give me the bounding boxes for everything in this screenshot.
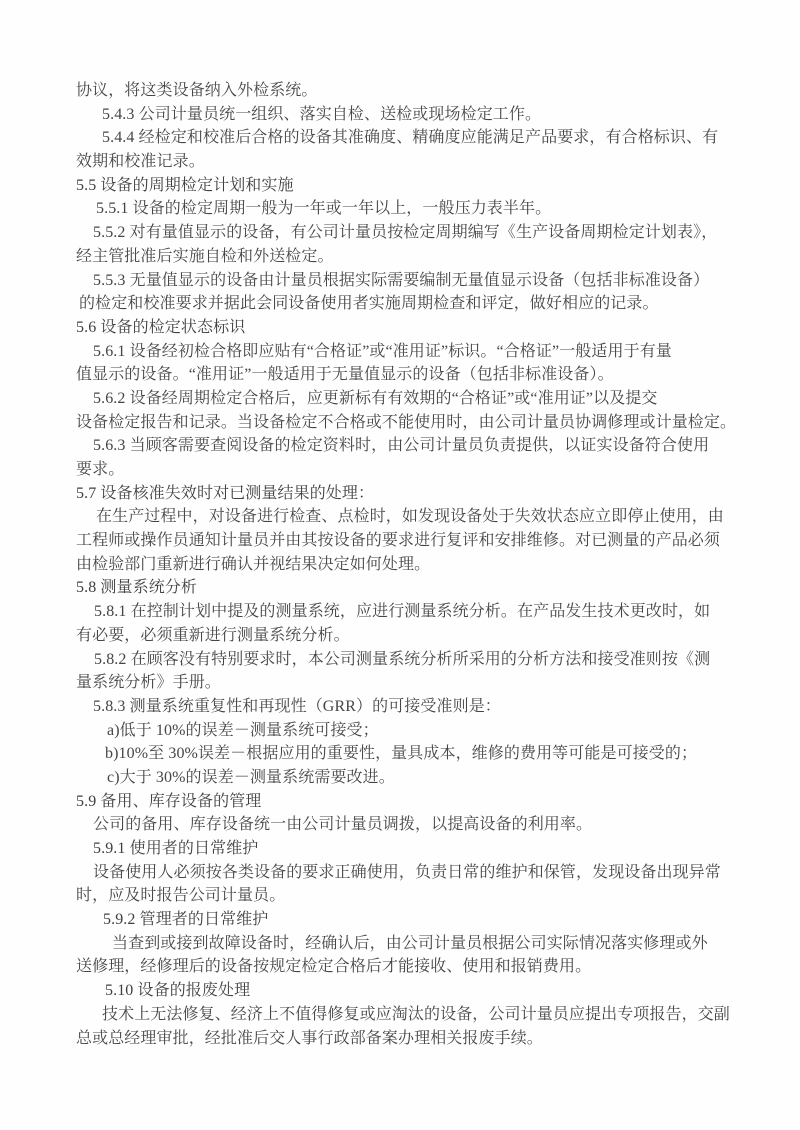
- text-line: 5.6.1 设备经初检合格即应贴有“合格证”或“准用证”标识。“合格证”一般适用…: [76, 340, 745, 364]
- section-heading-line: 5.7 设备核准失效时对已测量结果的处理：: [76, 482, 745, 506]
- text-line: b)10%至 30%误差－根据应用的重要性，量具成本，维修的费用等可能是可接受的…: [76, 742, 745, 766]
- text-line: 设备检定报告和记录。当设备检定不合格或不能使用时，由公司计量员协调修理或计量检定…: [76, 411, 745, 435]
- section-heading-line: 5.8 测量系统分析: [76, 576, 745, 600]
- text-line: 有必要，必须重新进行测量系统分析。: [76, 624, 745, 648]
- section-heading-line: 5.9 备用、库存设备的管理: [76, 790, 745, 814]
- section-heading-line: 5.9.1 使用者的日常维护: [76, 837, 745, 861]
- text-line: 公司的备用、库存设备统一由公司计量员调拨，以提高设备的利用率。: [76, 813, 745, 837]
- text-line: 总或总经理审批，经批准后交人事行政部备案办理相关报废手续。: [76, 1027, 745, 1051]
- text-line: 技术上无法修复、经济上不值得修复或应淘汰的设备，公司计量员应提出专项报告，交副: [76, 1003, 745, 1027]
- text-line: 5.8.1 在控制计划中提及的测量系统，应进行测量系统分析。在产品发生技术更改时…: [76, 600, 745, 624]
- text-line: 在生产过程中，对设备进行检查、点检时，如发现设备处于失效状态应立即停止使用，由: [76, 505, 745, 529]
- section-heading-line: 5.5 设备的周期检定计划和实施: [76, 174, 745, 198]
- text-line: 设备使用人必须按各类设备的要求正确使用，负责日常的维护和保管，发现设备出现异常: [76, 861, 745, 885]
- text-line: 工程师或操作员通知计量员并由其按设备的要求进行复评和安排维修。对已测量的产品必须: [76, 529, 745, 553]
- text-line: 效期和校准记录。: [76, 150, 745, 174]
- text-line: 由检验部门重新进行确认并视结果决定如何处理。: [76, 553, 745, 577]
- text-line: 5.4.3 公司计量员统一组织、落实自检、送检或现场检定工作。: [76, 103, 745, 127]
- document-text-block: 协议，将这类设备纳入外检系统。5.4.3 公司计量员统一组织、落实自检、送检或现…: [0, 0, 800, 1050]
- text-line: c)大于 30%的误差－测量系统需要改进。: [76, 766, 745, 790]
- section-heading-line: 5.6 设备的检定状态标识: [76, 316, 745, 340]
- text-line: 5.6.2 设备经周期检定合格后，应更新标有有效期的“合格证”或“准用证”以及提…: [76, 387, 745, 411]
- text-line: 经主管批准后实施自检和外送检定。: [76, 245, 745, 269]
- text-line: 协议，将这类设备纳入外检系统。: [76, 79, 745, 103]
- text-line: 5.5.3 无量值显示的设备由计量员根据实际需要编制无量值显示设备（包括非标准设…: [76, 269, 745, 293]
- text-line: 值显示的设备。“准用证”一般适用于无量值显示的设备（包括非标准设备）。: [76, 363, 745, 387]
- text-line: 送修理，经修理后的设备按规定检定合格后才能接收、使用和报销费用。: [76, 955, 745, 979]
- text-line: 要求。: [76, 458, 745, 482]
- text-line: 当查到或接到故障设备时，经确认后，由公司计量员根据公司实际情况落实修理或外: [76, 932, 745, 956]
- text-line: 的检定和校准要求并据此会同设备使用者实施周期检查和评定，做好相应的记录。: [76, 292, 745, 316]
- section-heading-line: 5.9.2 管理者的日常维护: [76, 908, 745, 932]
- procedure-document-page: 协议，将这类设备纳入外检系统。5.4.3 公司计量员统一组织、落实自检、送检或现…: [0, 0, 800, 1130]
- text-line: 时，应及时报告公司计量员。: [76, 884, 745, 908]
- text-line: 5.5.2 对有量值显示的设备，有公司计量员按检定周期编写《生产设备周期检定计划…: [76, 221, 745, 245]
- text-line: 5.8.3 测量系统重复性和再现性（GRR）的可接受准则是：: [76, 695, 745, 719]
- text-line: 5.6.3 当顾客需要查阅设备的检定资料时，由公司计量员负责提供，以证实设备符合…: [76, 434, 745, 458]
- section-heading-line: 5.10 设备的报废处理: [76, 979, 745, 1003]
- text-line: 5.4.4 经检定和校准后合格的设备其准确度、精确度应能满足产品要求，有合格标识…: [76, 126, 745, 150]
- text-line: 量系统分析》手册。: [76, 671, 745, 695]
- text-line: 5.5.1 设备的检定周期一般为一年或一年以上，一般压力表半年。: [76, 197, 745, 221]
- text-line: a)低于 10%的误差－测量系统可接受；: [76, 719, 745, 743]
- text-line: 5.8.2 在顾客没有特别要求时，本公司测量系统分析所采用的分析方法和接受准则按…: [76, 648, 745, 672]
